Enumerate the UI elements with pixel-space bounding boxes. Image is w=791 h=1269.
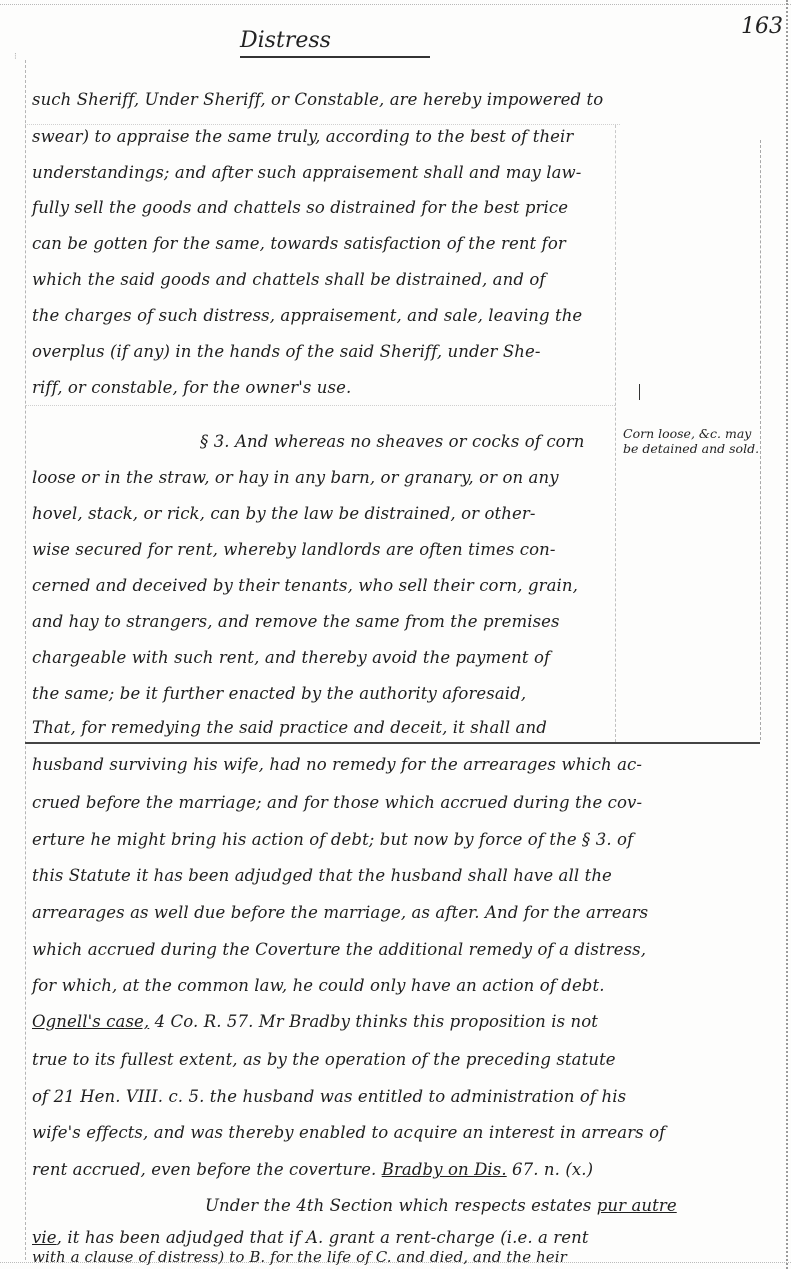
text-line: fully sell the goods and chattels so dis… (32, 198, 612, 218)
title-underline (240, 56, 430, 58)
page-number: 163 (741, 14, 783, 39)
latin-term: vie (32, 1228, 57, 1247)
text-line: can be gotten for the same, towards sati… (32, 234, 612, 254)
commentary-line: of 21 Hen. VIII. c. 5. the husband was e… (32, 1087, 752, 1107)
section4-line: Under the 4th Section which respects est… (205, 1196, 791, 1216)
text-column-rule-top (615, 125, 616, 265)
section-separator-faint (25, 405, 615, 406)
commentary-line: true to its fullest extent, as by the op… (32, 1050, 752, 1070)
page-right-edge (786, 0, 788, 1269)
commentary-line: arrearages as well due before the marria… (32, 903, 752, 923)
margin-tick-mark (639, 384, 640, 400)
case-citation: Ognell's case, (32, 1012, 149, 1031)
text-line: which the said goods and chattels shall … (32, 270, 612, 290)
text-line: the charges of such distress, appraiseme… (32, 306, 612, 326)
text-column-rule (615, 262, 616, 742)
line-text: Under the 4th Section which respects est… (205, 1196, 597, 1215)
commentary-line: this Statute it has been adjudged that t… (32, 866, 752, 886)
text-line: such Sheriff, Under Sheriff, or Constabl… (32, 90, 612, 110)
text-line: swear) to appraise the same truly, accor… (32, 127, 612, 147)
line-text: rent accrued, even before the coverture. (32, 1160, 382, 1179)
citation-page: 67. n. (x.) (507, 1160, 593, 1179)
text-line: hovel, stack, or rick, can by the law be… (32, 504, 612, 524)
section-divider (25, 742, 760, 744)
citation-line: Ognell's case, 4 Co. R. 57. Mr Bradby th… (32, 1012, 752, 1032)
commentary-line: crued before the marriage; and for those… (32, 793, 752, 813)
page-top-edge (0, 4, 791, 5)
commentary-line: vie, it has been adjudged that if A. gra… (32, 1228, 752, 1248)
text-line: the same; be it further enacted by the a… (32, 684, 612, 704)
bradby-citation-line: rent accrued, even before the coverture.… (32, 1160, 752, 1180)
commentary-line: husband surviving his wife, had no remed… (32, 755, 752, 775)
citation-commentary: Mr Bradby thinks this proposition is not (253, 1012, 598, 1031)
commentary-line: for which, at the common law, he could o… (32, 976, 752, 996)
manuscript-page: ⁝ Distress 163 such Sheriff, Under Sheri… (0, 0, 791, 1269)
case-reference: 4 Co. R. 57. (149, 1012, 253, 1031)
left-margin-rule (25, 60, 26, 1260)
text-line: cerned and deceived by their tenants, wh… (32, 576, 612, 596)
latin-term: pur autre (597, 1196, 677, 1215)
text-line: overplus (if any) in the hands of the sa… (32, 342, 612, 362)
text-line: understandings; and after such appraisem… (32, 163, 612, 183)
page-title: Distress (240, 28, 331, 53)
line-text: , it has been adjudged that if A. grant … (57, 1228, 589, 1247)
commentary-line: which accrued during the Coverture the a… (32, 940, 752, 960)
commentary-line: with a clause of distress) to B. for the… (32, 1250, 752, 1264)
bradby-citation: Bradby on Dis. (382, 1160, 507, 1179)
top-ruled-line (25, 124, 620, 125)
commentary-line: wife's effects, and was thereby enabled … (32, 1123, 752, 1143)
corner-mark: ⁝ (14, 52, 17, 62)
text-line: loose or in the straw, or hay in any bar… (32, 468, 612, 488)
text-line: wise secured for rent, whereby landlords… (32, 540, 612, 560)
commentary-line: erture he might bring his action of debt… (32, 830, 752, 850)
text-line: riff, or constable, for the owner's use. (32, 378, 612, 398)
margin-note: Corn loose, &c. may be detained and sold… (623, 426, 763, 456)
text-line: and hay to strangers, and remove the sam… (32, 612, 612, 632)
text-line: chargeable with such rent, and thereby a… (32, 648, 612, 668)
text-line: That, for remedying the said practice an… (32, 718, 612, 738)
